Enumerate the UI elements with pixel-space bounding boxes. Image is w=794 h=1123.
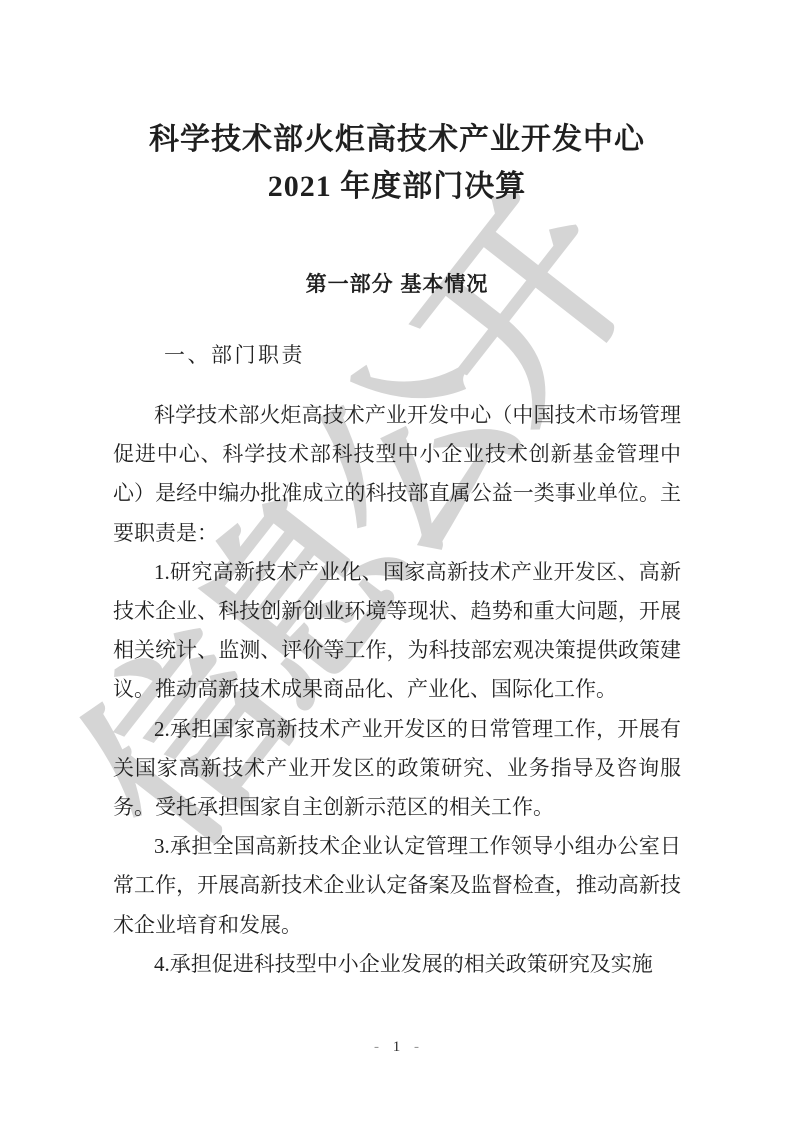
page-footer: - 1 - bbox=[0, 1036, 794, 1058]
footer-dash-left: - bbox=[374, 1039, 380, 1055]
paragraph-duty-4: 4.承担促进科技型中小企业发展的相关政策研究及实施 bbox=[113, 945, 681, 984]
subsection-heading: 一、部门职责 bbox=[164, 341, 305, 369]
paragraph-duty-3: 3.承担全国高新技术企业认定管理工作领导小组办公室日常工作，开展高新技术企业认定… bbox=[113, 827, 681, 945]
paragraph-intro: 科学技术部火炬高技术产业开发中心（中国技术市场管理促进中心、科学技术部科技型中小… bbox=[113, 396, 681, 553]
paragraph-duty-1: 1.研究高新技术产业化、国家高新技术产业开发区、高新技术企业、科技创新创业环境等… bbox=[113, 553, 681, 710]
title-line-2: 2021 年度部门决算 bbox=[0, 163, 794, 210]
document-page: 信息公开 科学技术部火炬高技术产业开发中心 2021 年度部门决算 第一部分 基… bbox=[0, 0, 794, 1123]
document-content: 科学技术部火炬高技术产业开发中心 2021 年度部门决算 第一部分 基本情况 一… bbox=[0, 0, 794, 1123]
title-line-1: 科学技术部火炬高技术产业开发中心 bbox=[0, 116, 794, 163]
document-title: 科学技术部火炬高技术产业开发中心 2021 年度部门决算 bbox=[0, 116, 794, 210]
footer-dash-right: - bbox=[414, 1039, 420, 1055]
section-heading: 第一部分 基本情况 bbox=[0, 270, 794, 300]
paragraph-duty-2: 2.承担国家高新技术产业开发区的日常管理工作，开展有关国家高新技术产业开发区的政… bbox=[113, 710, 681, 828]
page-number: 1 bbox=[393, 1039, 402, 1055]
body-text: 科学技术部火炬高技术产业开发中心（中国技术市场管理促进中心、科学技术部科技型中小… bbox=[113, 396, 681, 984]
